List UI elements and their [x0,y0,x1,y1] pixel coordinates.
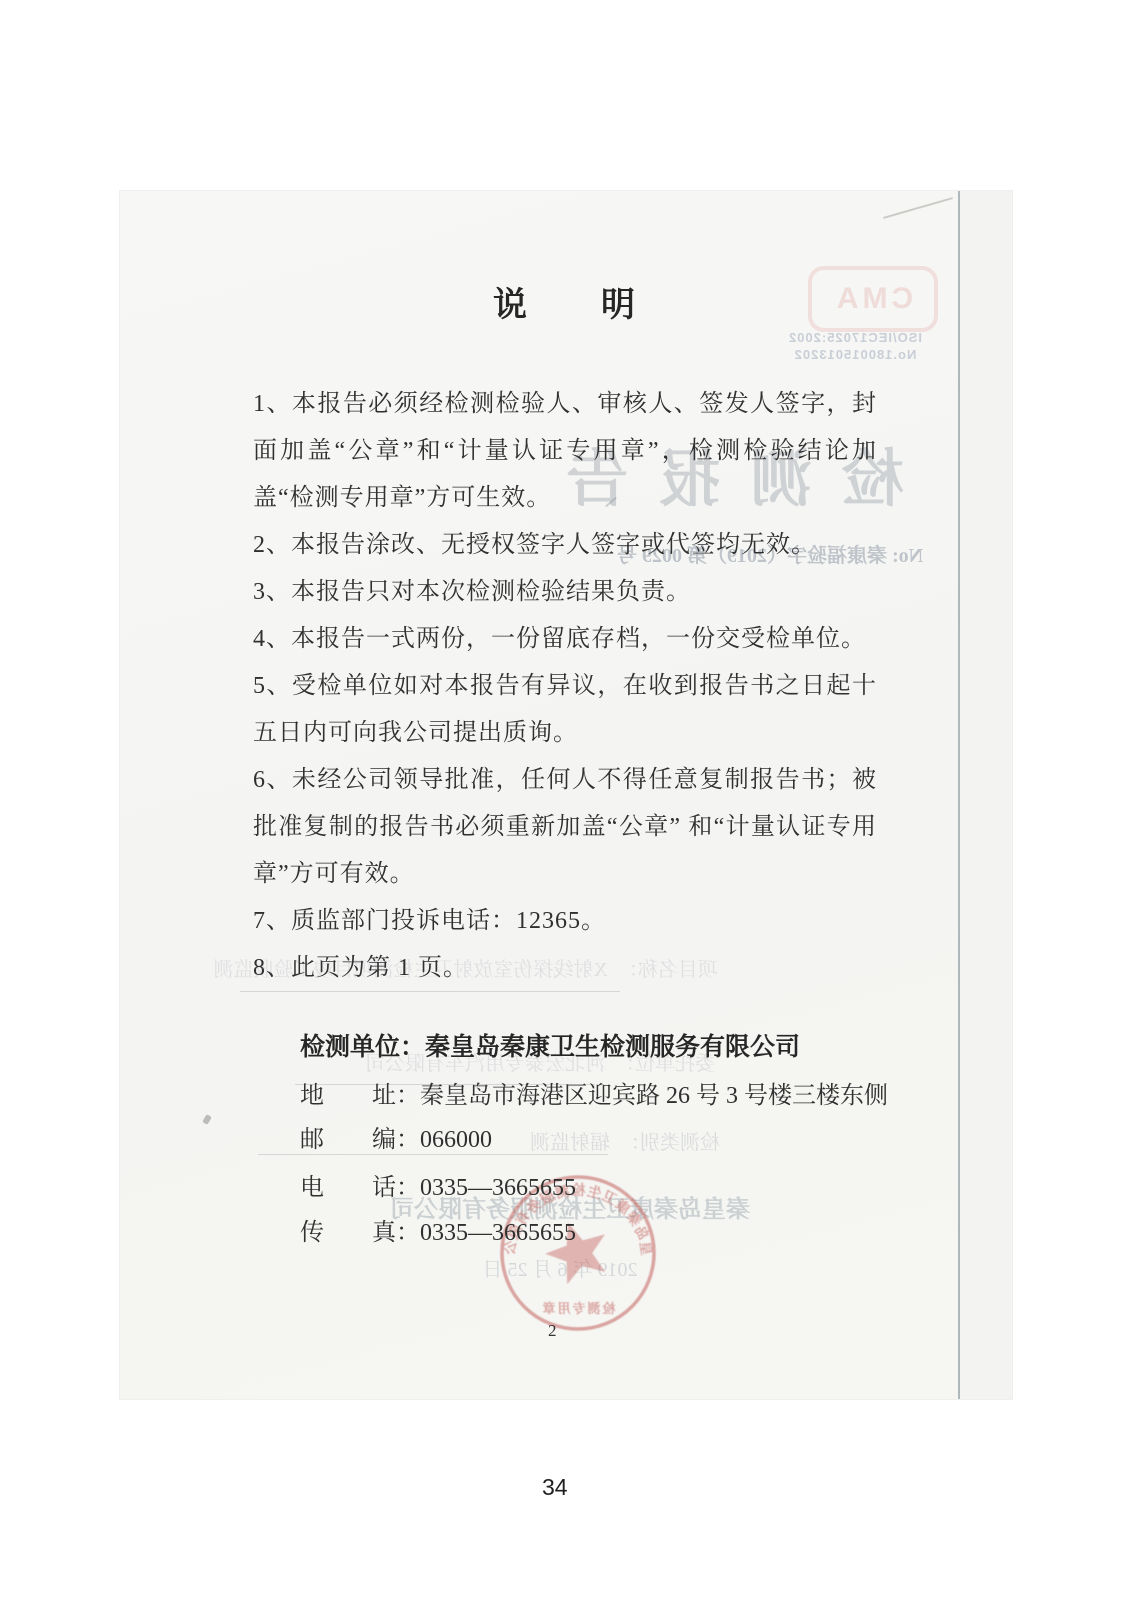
paper-speckle [202,1114,212,1125]
contact-label-phone: 电 话： [300,1167,420,1202]
document-page-number: 34 [542,1474,568,1501]
contact-row-fax: 传 真：0335—3665655 [300,1212,576,1247]
bleedthrough-category-label: 检测类别： [620,1126,720,1155]
contact-label-fax: 传 真： [300,1212,420,1247]
document-title: 说 明 [253,277,877,326]
notes-list: 1、本报告必须经检测检验人、审核人、签发人签字，封面加盖“公章”和“计量认证专用… [253,381,877,992]
note-item-1: 1、本报告必须经检测检验人、审核人、签发人签字，封面加盖“公章”和“计量认证专用… [253,381,877,522]
page-edge-band [960,191,1012,1399]
scanned-page: CMA ISO/IEC17025:2002 No.180015013202 检测… [120,191,1012,1399]
contact-row-address: 地 址：秦皇岛市海港区迎宾路 26 号 3 号楼三楼东侧 [300,1075,888,1110]
contact-value-phone: 0335—3665655 [420,1175,576,1202]
note-item-4: 4、本报告一式两份，一份留底存档，一份交受检单位。 [253,616,877,663]
scan-page-number: 2 [548,1321,557,1341]
corner-crease [883,197,953,219]
note-item-7: 7、质监部门投诉电话：12365。 [253,898,877,945]
bleedthrough-underline-category [258,1154,608,1155]
contact-label-unit: 检测单位： [300,1027,425,1063]
note-item-6: 6、未经公司领导批准，任何人不得任意复制报告书；被批准复制的报告书必须重新加盖“… [253,757,877,898]
contact-row-unit: 检测单位：秦皇岛秦康卫生检测服务有限公司 [300,1027,800,1063]
note-item-3: 3、本报告只对本次检测检验结果负责。 [253,569,877,616]
note-item-2: 2、本报告涂改、无授权签字人签字或代签均无效。 [253,522,877,569]
scan-canvas: CMA ISO/IEC17025:2002 No.180015013202 检测… [0,0,1131,1600]
contact-label-postcode: 邮 编： [300,1119,420,1154]
bleedthrough-cert-text: ISO/IEC17025:2002 No.180015013202 [765,329,945,363]
bleedthrough-cert-line2: No.180015013202 [765,346,945,363]
contact-value-fax: 0335—3665655 [420,1220,576,1247]
stamp-bottom-text: 检测专用章 [540,1301,615,1316]
page-fold-line [958,191,960,1399]
bleedthrough-cert-line1: ISO/IEC17025:2002 [765,329,945,346]
contact-value-postcode: 066000 [420,1127,492,1154]
contact-value-address: 秦皇岛市海港区迎宾路 26 号 3 号楼三楼东侧 [420,1075,888,1110]
contact-row-phone: 电 话：0335—3665655 [300,1167,576,1202]
note-item-5: 5、受检单位如对本报告有异议，在收到报告书之日起十五日内可向我公司提出质询。 [253,663,877,757]
note-item-8: 8、此页为第 1 页。 [253,945,877,992]
contact-row-postcode: 邮 编：066000 [300,1119,492,1154]
contact-label-address: 地 址： [300,1075,420,1110]
contact-value-unit: 秦皇岛秦康卫生检测服务有限公司 [425,1027,800,1063]
bleedthrough-category-value: 辐射监测 [530,1126,610,1155]
